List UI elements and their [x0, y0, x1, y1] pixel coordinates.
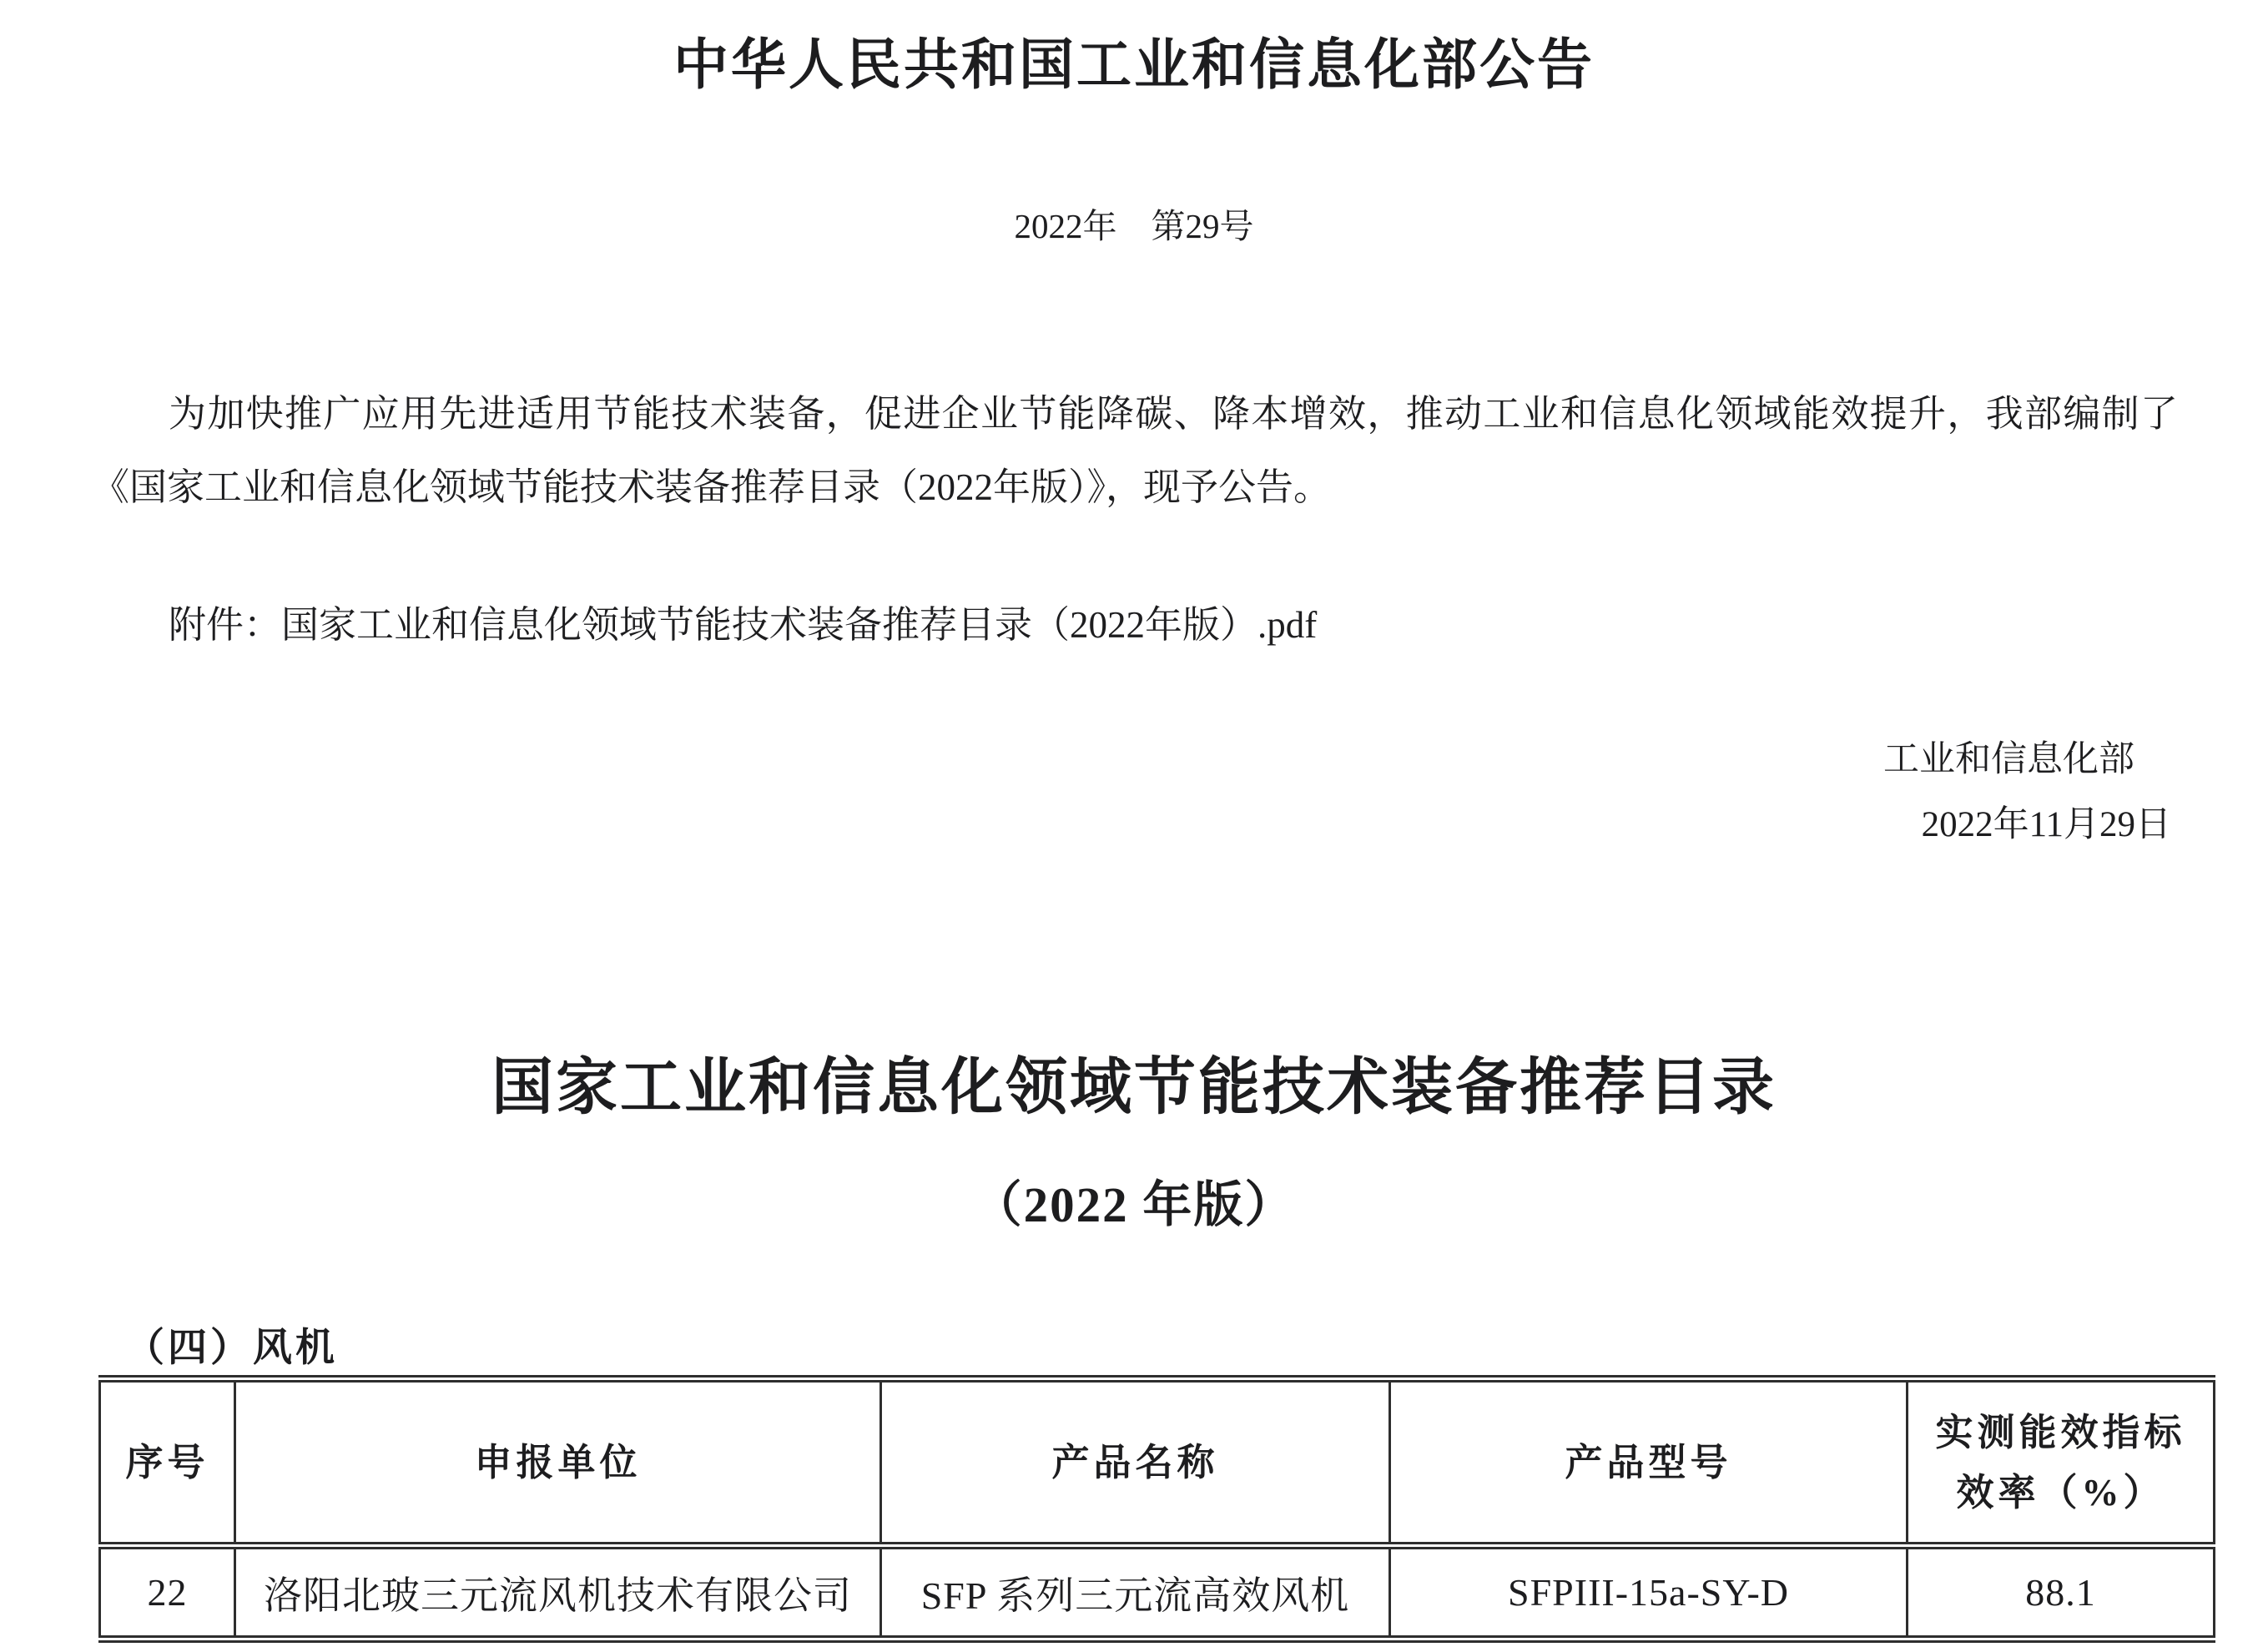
announcement-document: 中华人民共和国工业和信息化部公告 2022年 第29号 为加快推广应用先进适用节…	[0, 0, 2268, 1652]
signature-block: 工业和信息化部 2022年11月29日	[1883, 728, 2171, 858]
signer-name: 工业和信息化部	[1883, 728, 2134, 793]
issue-number: 2022年 第29号	[0, 199, 2268, 248]
catalog-edition: （2022 年版）	[0, 1165, 2268, 1236]
cell-efficiency-value: 88.1	[1908, 1546, 2215, 1639]
cell-product-model: SFPIII-15a-SY-D	[1390, 1546, 1908, 1639]
cell-company-name: 洛阳北玻三元流风机技术有限公司	[235, 1546, 881, 1639]
header-measured-efficiency: 实测能效指标 效率（%）	[1908, 1379, 2215, 1546]
section-label-fans: （四）风机	[125, 1317, 338, 1372]
cell-product-name: SFP 系列三元流高效风机	[881, 1546, 1390, 1639]
announcement-body: 为加快推广应用先进适用节能技术装备，促进企业节能降碳、降本增效，推动工业和信息化…	[92, 377, 2178, 524]
table-header-row: 序号 申报单位 产品名称 产品型号 实测能效指标 效率（%）	[100, 1379, 2215, 1546]
header-applicant-unit: 申报单位	[235, 1379, 881, 1546]
cell-serial-number: 22	[100, 1546, 235, 1639]
document-title: 中华人民共和国工业和信息化部公告	[0, 20, 2268, 99]
header-serial-number: 序号	[100, 1379, 235, 1546]
header-product-name: 产品名称	[881, 1379, 1390, 1546]
table-row: 22 洛阳北玻三元流风机技术有限公司 SFP 系列三元流高效风机 SFPIII-…	[100, 1546, 2215, 1639]
fan-catalog-table: 序号 申报单位 产品名称 产品型号 实测能效指标 效率（%） 22 洛阳北玻三元…	[98, 1375, 2215, 1643]
attachment-filename: 附件：国家工业和信息化领域节能技术装备推荐目录（2022年版）.pdf	[169, 594, 1317, 648]
signature-date: 2022年11月29日	[1883, 793, 2171, 858]
header-product-model: 产品型号	[1390, 1379, 1908, 1546]
catalog-title: 国家工业和信息化领域节能技术装备推荐目录	[0, 1038, 2268, 1126]
